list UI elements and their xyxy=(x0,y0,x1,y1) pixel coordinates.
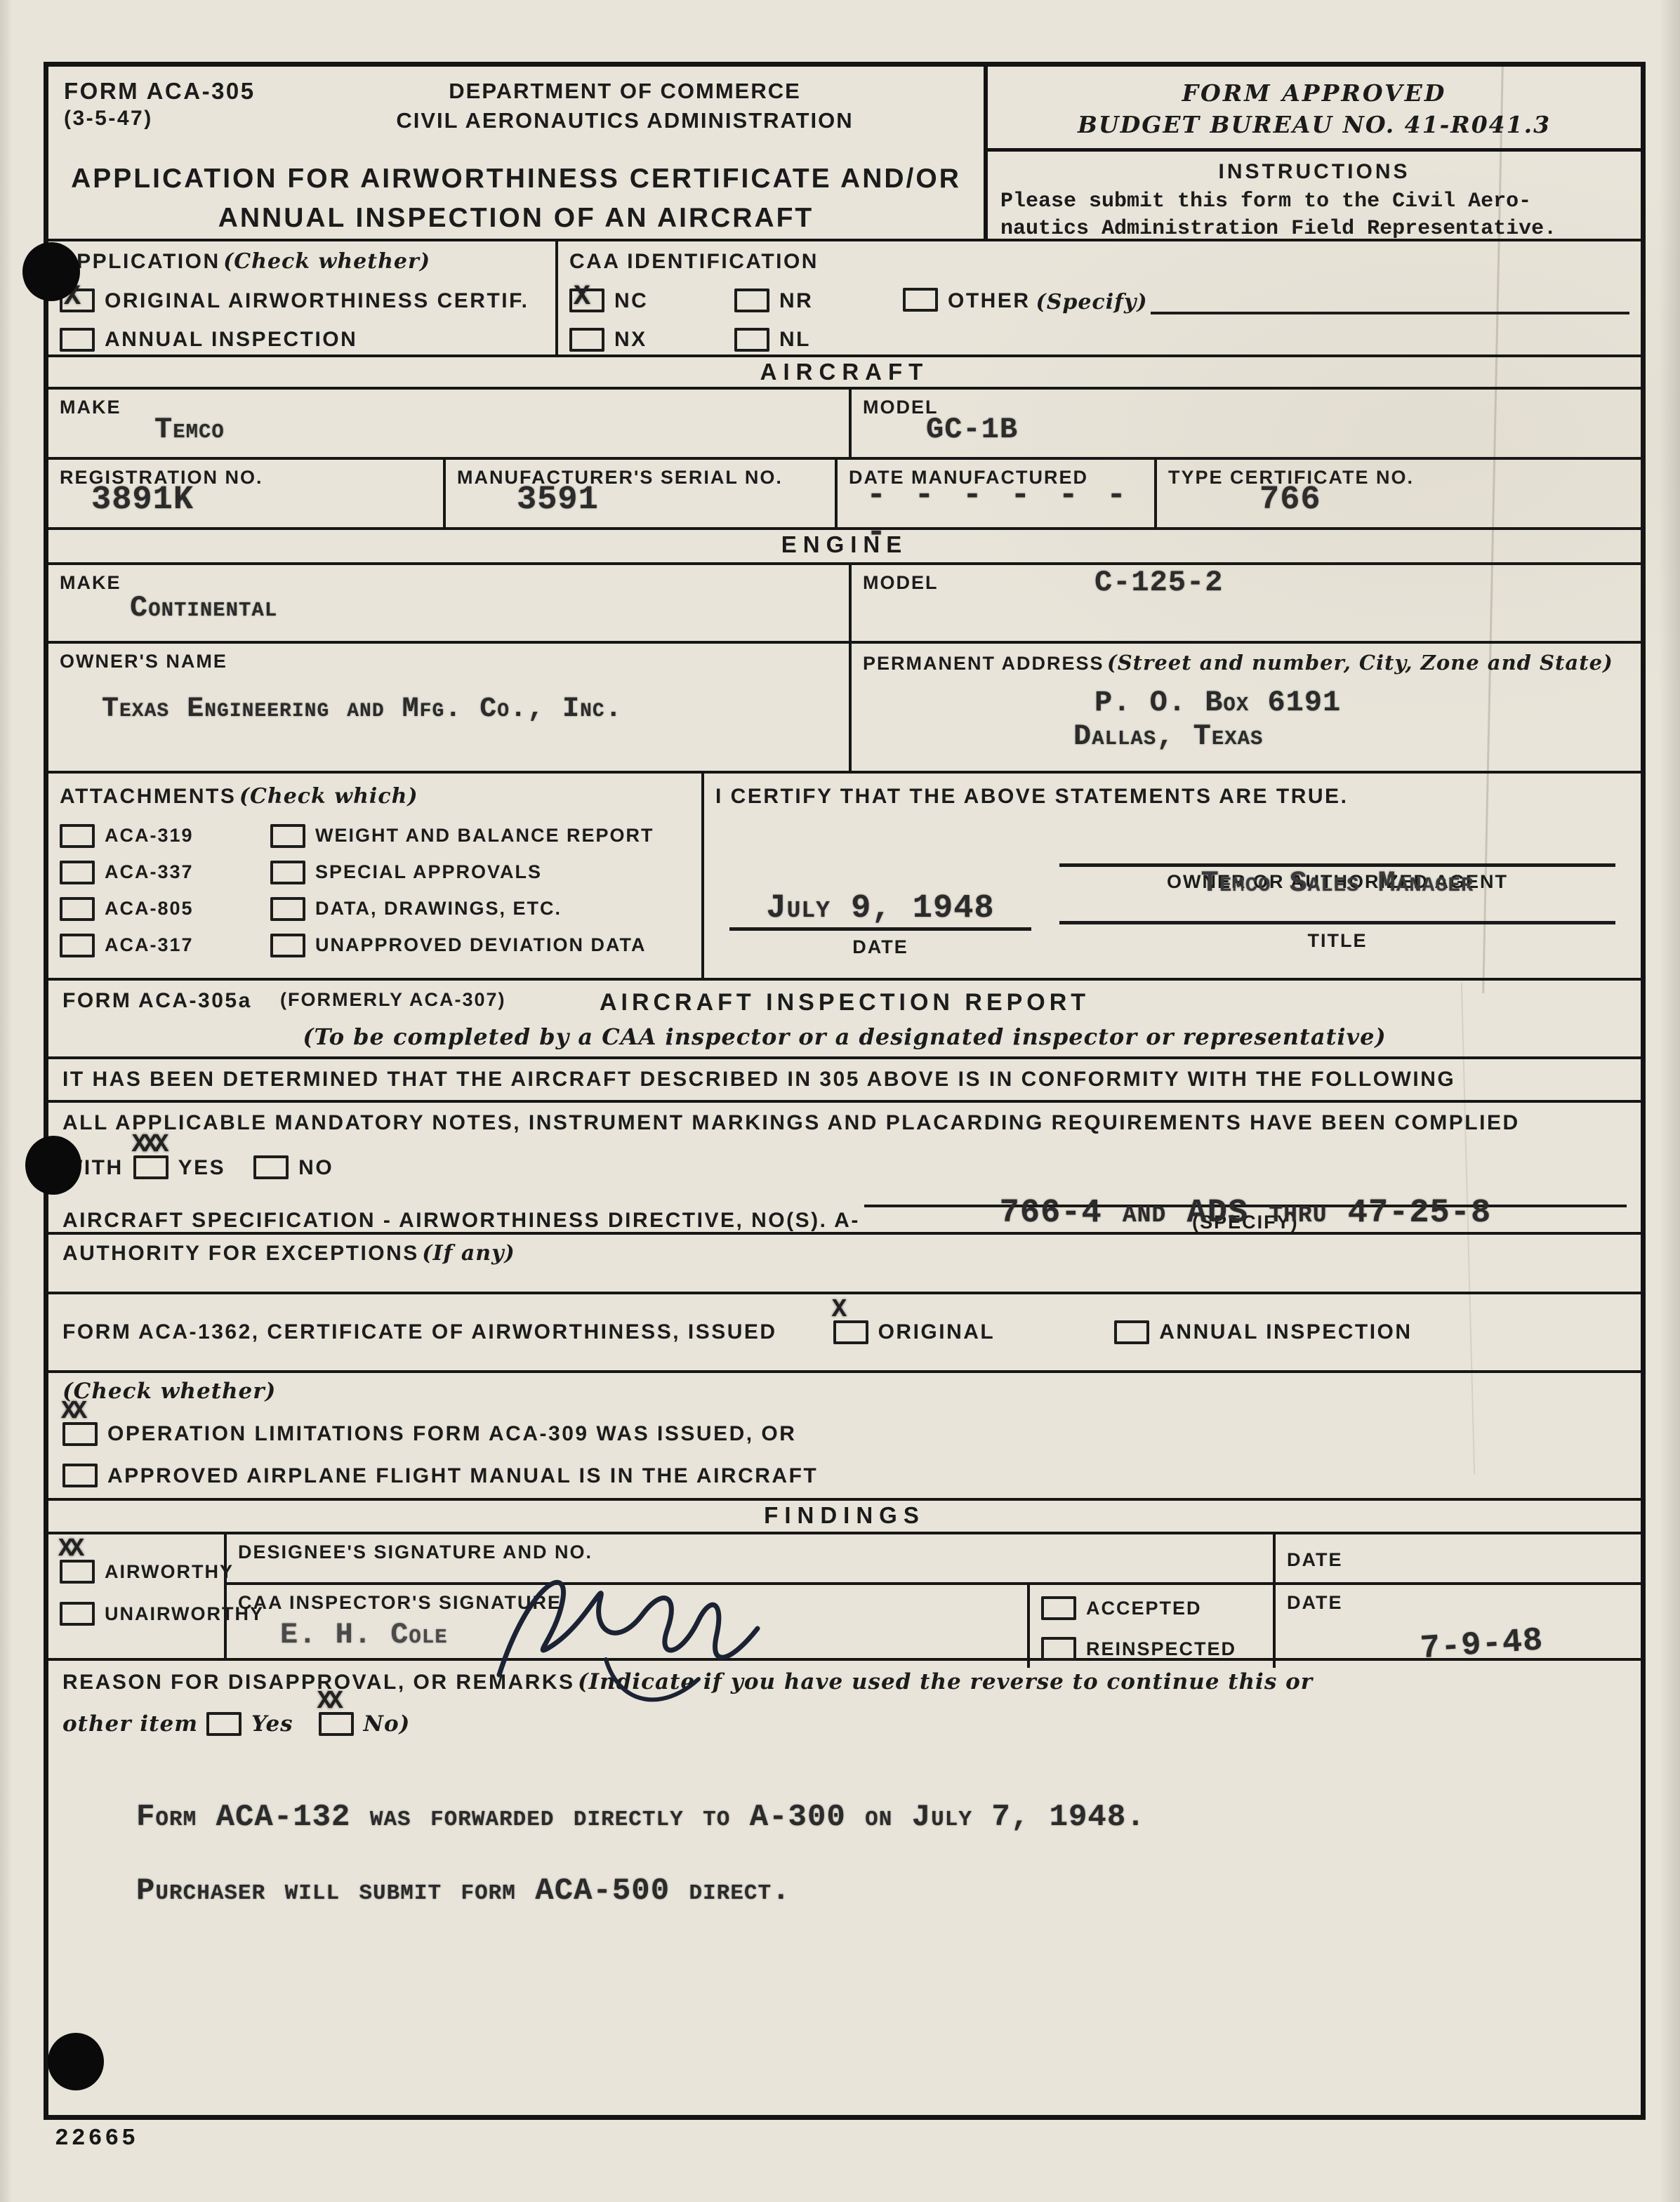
weight-balance-checkbox xyxy=(270,824,305,848)
title-label: TITLE xyxy=(1059,930,1615,952)
aca-805-checkbox xyxy=(60,897,95,921)
remarks-yes-checkbox xyxy=(206,1712,242,1736)
nl-checkbox xyxy=(734,328,769,352)
certify-date-label: DATE xyxy=(729,936,1031,958)
aca-317-label: ACA-317 xyxy=(105,934,194,956)
nc-checkbox: X xyxy=(569,288,604,312)
accepted-reinspected-cell: ACCEPTED REINSPECTED xyxy=(1027,1585,1273,1668)
complied-no-checkbox xyxy=(253,1155,289,1179)
conformity-row: IT HAS BEEN DETERMINED THAT THE AIRCRAFT… xyxy=(48,1059,1641,1103)
application-cell: APPLICATION (Check whether) X ORIGINAL A… xyxy=(48,241,555,354)
date-manufactured-cell: DATE MANUFACTURED - - - - - - - xyxy=(835,460,1154,527)
hole-punch-middle xyxy=(25,1136,81,1195)
certify-date-block: July 9, 1948 DATE xyxy=(715,849,1045,958)
issued-original-checkbox: X xyxy=(833,1320,868,1344)
unapproved-deviation-label: UNAPPROVED DEVIATION DATA xyxy=(315,934,647,956)
certify-date-value: July 9, 1948 xyxy=(729,890,1031,927)
weight-balance-label: WEIGHT AND BALANCE REPORT xyxy=(315,825,654,847)
form-title-line2: ANNUAL INSPECTION OF AN AIRCRAFT xyxy=(62,199,970,239)
hole-punch-bottom xyxy=(48,2033,104,2090)
reinspected-label: REINSPECTED xyxy=(1086,1638,1236,1660)
aircraft-make-cell: MAKE Temco xyxy=(48,390,849,457)
owner-address-label: PERMANENT ADDRESS xyxy=(863,653,1104,674)
operation-limitations-checkbox: XX xyxy=(62,1422,98,1446)
annual-inspection-label: ANNUAL INSPECTION xyxy=(105,326,357,353)
original-airworthiness-label: ORIGINAL AIRWORTHINESS CERTIF. xyxy=(105,288,529,314)
flight-manual-checkbox xyxy=(62,1464,98,1487)
administration-name: CIVIL AERONAUTICS ADMINISTRATION xyxy=(298,106,951,135)
caa-identification-label: CAA IDENTIFICATION xyxy=(569,248,1629,275)
spec-directive-value: 766-4 and ADS thru 47-25-8 xyxy=(864,1195,1627,1232)
check-whether-row: (Check whether) XX OPERATION LIMITATIONS… xyxy=(48,1373,1641,1501)
other-label: OTHER xyxy=(948,288,1031,314)
engine-model-cell: MODEL C-125-2 xyxy=(849,565,1641,641)
instructions-line1: Please submit this form to the Civil Aer… xyxy=(1000,188,1628,215)
aca-317-checkbox xyxy=(60,934,95,957)
form-approved-box: FORM APPROVED BUDGET BUREAU NO. 41-R041.… xyxy=(988,67,1641,152)
complied-yes-checkbox: XXX xyxy=(133,1155,168,1179)
aca-337-label: ACA-337 xyxy=(105,861,194,883)
nx-checkbox xyxy=(569,328,604,352)
airworthiness-cell: XX AIRWORTHY UNAIRWORTHY xyxy=(48,1534,224,1658)
remarks-no-checkbox: XX xyxy=(319,1712,354,1736)
inspector-handwritten-signature xyxy=(479,1556,781,1717)
form-title-line1: APPLICATION FOR AIRWORTHINESS CERTIFICAT… xyxy=(62,159,970,199)
nx-label: NX xyxy=(614,326,647,353)
aircraft-band: AIRCRAFT xyxy=(48,357,1641,390)
date-signature-line xyxy=(729,927,1031,931)
issued-annual-label: ANNUAL INSPECTION xyxy=(1159,1319,1412,1346)
checkmark: XXX xyxy=(132,1130,165,1159)
serial-cell: MANUFACTURER'S SERIAL NO. 3591 xyxy=(443,460,835,527)
checkmark: XX xyxy=(58,1534,80,1563)
application-section: APPLICATION (Check whether) X ORIGINAL A… xyxy=(48,241,1641,357)
remarks-note-line2: other item xyxy=(62,1711,198,1737)
other-note: (Specify) xyxy=(1036,290,1148,314)
airworthy-label: AIRWORTHY xyxy=(105,1561,234,1583)
department-name: DEPARTMENT OF COMMERCE xyxy=(298,77,951,106)
other-fill-line xyxy=(1151,288,1629,314)
checkmark: X xyxy=(832,1295,843,1324)
unairworthy-checkbox xyxy=(60,1602,95,1626)
form-border: FORM ACA-305 (3-5-47) DEPARTMENT OF COMM… xyxy=(44,62,1646,2120)
authority-row: AUTHORITY FOR EXCEPTIONS (If any) xyxy=(48,1235,1641,1294)
aircraft-make-value: Temco xyxy=(154,413,838,446)
form-header: FORM ACA-305 (3-5-47) DEPARTMENT OF COMM… xyxy=(48,67,1641,241)
nc-label: NC xyxy=(614,288,648,314)
engine-make-value: Continental xyxy=(130,591,838,625)
engine-model-value: C-125-2 xyxy=(1094,566,1629,599)
form-number: FORM ACA-305 xyxy=(64,77,256,105)
type-certificate-cell: TYPE CERTIFICATE NO. 766 xyxy=(1154,460,1641,527)
airworthy-checkbox: XX xyxy=(60,1560,95,1584)
sheet-number: 22665 xyxy=(55,2125,138,2151)
header-right: FORM APPROVED BUDGET BUREAU NO. 41-R041.… xyxy=(984,67,1641,239)
owner-name-cell: OWNER'S NAME Texas Engineering and Mfg. … xyxy=(48,644,849,771)
remarks-typed-line2: Purchaser will submit form ACA-500 direc… xyxy=(136,1873,1627,1909)
findings-band: FINDINGS xyxy=(48,1501,1641,1534)
inspection-report-header: FORM ACA-305a (FORMERLY ACA-307) AIRCRAF… xyxy=(48,981,1641,1059)
aircraft-section-title: AIRCRAFT xyxy=(48,357,1641,387)
complied-yes-label: YES xyxy=(178,1155,226,1181)
compliance-row: ALL APPLICABLE MANDATORY NOTES, INSTRUME… xyxy=(48,1103,1641,1235)
checkmark: XX xyxy=(61,1397,83,1426)
checkmark: XX xyxy=(317,1687,339,1716)
checkmark: X xyxy=(574,281,590,313)
findings-section-title: FINDINGS xyxy=(48,1501,1641,1532)
application-note: (Check whether) xyxy=(223,249,430,274)
inspector-signature-cell: CAA INSPECTOR'S SIGNATURE E. H. Cole xyxy=(227,1585,1027,1668)
flight-manual-label: APPROVED AIRPLANE FLIGHT MANUAL IS IN TH… xyxy=(107,1463,818,1490)
inspection-date-label: DATE xyxy=(1287,1592,1343,1613)
owner-address-line2: Dallas, Texas xyxy=(1073,719,1629,753)
remarks-typed-line1: Form ACA-132 was forwarded directly to A… xyxy=(136,1800,1627,1835)
aca1362-row: FORM ACA-1362, CERTIFICATE OF AIRWORTHIN… xyxy=(48,1294,1641,1373)
form-approved-line2: BUDGET BUREAU NO. 41-R041.3 xyxy=(995,111,1634,138)
compliance-line1: ALL APPLICABLE MANDATORY NOTES, INSTRUME… xyxy=(62,1110,1627,1136)
engine-make-cell: MAKE Continental xyxy=(48,565,849,641)
remarks-no-label: No) xyxy=(364,1711,411,1737)
hole-punch-top xyxy=(22,242,80,301)
aca-337-checkbox xyxy=(60,861,95,884)
form-305a-number: FORM ACA-305a xyxy=(62,988,252,1014)
issued-original-label: ORIGINAL xyxy=(878,1319,996,1346)
attachments-label: ATTACHMENTS xyxy=(60,785,236,808)
nl-label: NL xyxy=(779,326,811,353)
application-label: APPLICATION xyxy=(60,250,220,273)
agent-title-value: Temco Sales Manager xyxy=(1059,866,1615,900)
attachments-certification-row: ATTACHMENTS (Check which) ACA-319 ACA-33… xyxy=(48,774,1641,981)
data-drawings-checkbox xyxy=(270,897,305,921)
findings-grid: XX AIRWORTHY UNAIRWORTHY DESIGNEE'S SIGN… xyxy=(48,1534,1641,1661)
attachments-cell: ATTACHMENTS (Check which) ACA-319 ACA-33… xyxy=(48,774,701,978)
unapproved-deviation-checkbox xyxy=(270,934,305,957)
certification-cell: I CERTIFY THAT THE ABOVE STATEMENTS ARE … xyxy=(701,774,1641,978)
remarks-section: REASON FOR DISAPPROVAL, OR REMARKS (Indi… xyxy=(48,1661,1641,2133)
aircraft-detail-row: REGISTRATION NO. 3891K MANUFACTURER'S SE… xyxy=(48,460,1641,530)
owner-address-note: (Street and number, City, Zone and State… xyxy=(1107,651,1613,675)
accepted-checkbox xyxy=(1041,1596,1076,1620)
instructions-line2: nautics Administration Field Representat… xyxy=(1000,215,1628,243)
caa-identification-cell: CAA IDENTIFICATION X NC NX xyxy=(555,241,1641,354)
aircraft-make-model-row: MAKE Temco MODEL GC-1B xyxy=(48,390,1641,460)
authority-note: (If any) xyxy=(422,1241,515,1266)
aca-805-label: ACA-805 xyxy=(105,898,194,920)
header-left: FORM ACA-305 (3-5-47) DEPARTMENT OF COMM… xyxy=(48,67,984,239)
serial-label: MANUFACTURER'S SERIAL NO. xyxy=(457,467,824,489)
issued-annual-checkbox xyxy=(1114,1320,1149,1344)
aircraft-model-value: GC-1B xyxy=(926,413,1629,446)
nr-checkbox xyxy=(734,288,769,312)
owner-row: OWNER'S NAME Texas Engineering and Mfg. … xyxy=(48,644,1641,774)
aca-319-label: ACA-319 xyxy=(105,825,194,847)
reinspected-checkbox xyxy=(1041,1637,1076,1661)
engine-section-title: ENGINE xyxy=(48,530,1641,562)
form-305a-formerly: (FORMERLY ACA-307) xyxy=(280,989,506,1011)
aca-319-checkbox xyxy=(60,824,95,848)
other-checkbox xyxy=(903,288,938,312)
aircraft-model-cell: MODEL GC-1B xyxy=(849,390,1641,457)
inspection-report-subtitle: (To be completed by a CAA inspector or a… xyxy=(62,1023,1627,1050)
owner-address-cell: PERMANENT ADDRESS (Street and number, Ci… xyxy=(849,644,1641,771)
owner-name-label: OWNER'S NAME xyxy=(60,651,838,672)
complied-no-label: NO xyxy=(298,1155,333,1181)
special-approvals-checkbox xyxy=(270,861,305,884)
conformity-statement: IT HAS BEEN DETERMINED THAT THE AIRCRAFT… xyxy=(62,1066,1455,1093)
attachments-note: (Check which) xyxy=(239,784,418,809)
designee-date-label: DATE xyxy=(1287,1549,1343,1570)
registration-cell: REGISTRATION NO. 3891K xyxy=(48,460,443,527)
engine-make-model-row: MAKE Continental MODEL C-125-2 xyxy=(48,565,1641,644)
owner-name-value: Texas Engineering and Mfg. Co., Inc. xyxy=(102,694,838,725)
spec-directive-label: AIRCRAFT SPECIFICATION - AIRWORTHINESS D… xyxy=(62,1207,860,1234)
instructions-box: INSTRUCTIONS Please submit this form to … xyxy=(988,152,1641,250)
designee-date-cell: DATE xyxy=(1273,1534,1641,1582)
special-approvals-label: SPECIAL APPROVALS xyxy=(315,861,542,883)
instructions-title: INSTRUCTIONS xyxy=(1000,159,1628,185)
data-drawings-label: DATA, DRAWINGS, ETC. xyxy=(315,898,562,920)
owner-address-line1: P. O. Box 6191 xyxy=(1094,686,1629,719)
type-certificate-value: 766 xyxy=(1259,482,1629,519)
form-revision: (3-5-47) xyxy=(64,105,256,132)
form-approved-line1: FORM APPROVED xyxy=(995,79,1634,107)
check-whether-note: (Check whether) xyxy=(62,1379,1627,1404)
nr-label: NR xyxy=(779,288,813,314)
certify-agent-block: OWNER OR AUTHORIZED AGENT Temco Sales Ma… xyxy=(1045,849,1629,958)
inspection-date-cell: DATE 7-9-48 xyxy=(1273,1585,1641,1668)
title-line xyxy=(1059,921,1615,924)
accepted-label: ACCEPTED xyxy=(1086,1598,1202,1619)
operation-limitations-label: OPERATION LIMITATIONS FORM ACA-309 WAS I… xyxy=(107,1421,796,1447)
authority-label: AUTHORITY FOR EXCEPTIONS xyxy=(62,1242,419,1265)
engine-band: ENGINE xyxy=(48,530,1641,565)
remarks-yes-label: Yes xyxy=(251,1711,293,1737)
certify-statement: I CERTIFY THAT THE ABOVE STATEMENTS ARE … xyxy=(715,783,1629,810)
aca1362-label: FORM ACA-1362, CERTIFICATE OF AIRWORTHIN… xyxy=(62,1319,777,1346)
scanned-form-page: FORM ACA-305 (3-5-47) DEPARTMENT OF COMM… xyxy=(0,0,1680,2202)
annual-inspection-checkbox xyxy=(60,328,95,352)
